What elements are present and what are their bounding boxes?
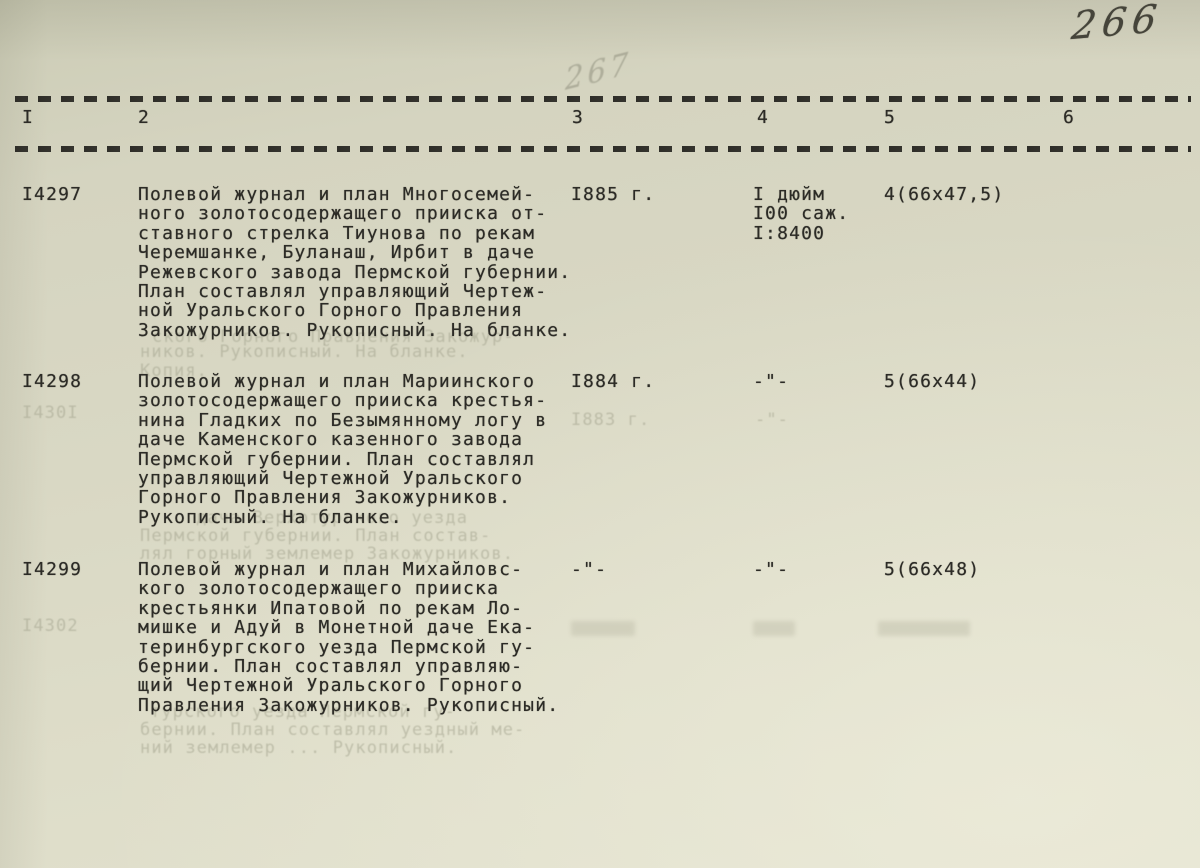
- entry-id: I4299: [22, 560, 82, 579]
- entry-description: Полевой журнал и план Мариинского золото…: [138, 372, 610, 527]
- entry-size: 5(66x48): [884, 560, 980, 579]
- entry-scale: -"-: [753, 560, 789, 579]
- bleedthrough-line: ний землемер ... Рукописный.: [140, 739, 457, 758]
- table-row: I4298 Полевой журнал и план Мариинского …: [0, 372, 1200, 532]
- column-header-2: 2: [138, 107, 150, 128]
- entry-size: 5(66x44): [884, 372, 980, 391]
- entry-scale: I дюйм I00 саж. I:8400: [753, 185, 849, 243]
- bleedthrough-line: бернии. План составлял уездный ме-: [140, 721, 525, 740]
- column-header-6: 6: [1063, 107, 1075, 128]
- table-row: I4299 Полевой журнал и план Михайловс- к…: [0, 560, 1200, 720]
- column-header-3: 3: [572, 107, 584, 128]
- handwritten-page-number: 266: [1069, 0, 1165, 48]
- table-header-dash-top: [15, 96, 1191, 102]
- scanned-page: 266 267 I 2 3 4 5 6 ского Горного Правле…: [0, 0, 1200, 868]
- entry-date: I884 г.: [571, 372, 655, 391]
- handwritten-next-page-number-faint: 267: [565, 45, 632, 98]
- entry-date: I885 г.: [571, 185, 655, 204]
- entry-date: -"-: [571, 560, 607, 579]
- table-header-dash-bottom: [15, 146, 1191, 152]
- entry-description: Полевой журнал и план Многосемей- ного з…: [138, 185, 610, 340]
- entry-size: 4(66x47,5): [884, 185, 1004, 204]
- entry-id: I4297: [22, 185, 82, 204]
- column-header-4: 4: [757, 107, 769, 128]
- column-header-1: I: [22, 107, 34, 128]
- entry-description: Полевой журнал и план Михайловс- кого зо…: [138, 560, 610, 715]
- entry-scale: -"-: [753, 372, 789, 391]
- table-row: I4297 Полевой журнал и план Многосемей- …: [0, 185, 1200, 345]
- column-header-5: 5: [884, 107, 896, 128]
- bleedthrough-line: ников. Рукописный. На бланке.: [140, 343, 469, 362]
- entry-id: I4298: [22, 372, 82, 391]
